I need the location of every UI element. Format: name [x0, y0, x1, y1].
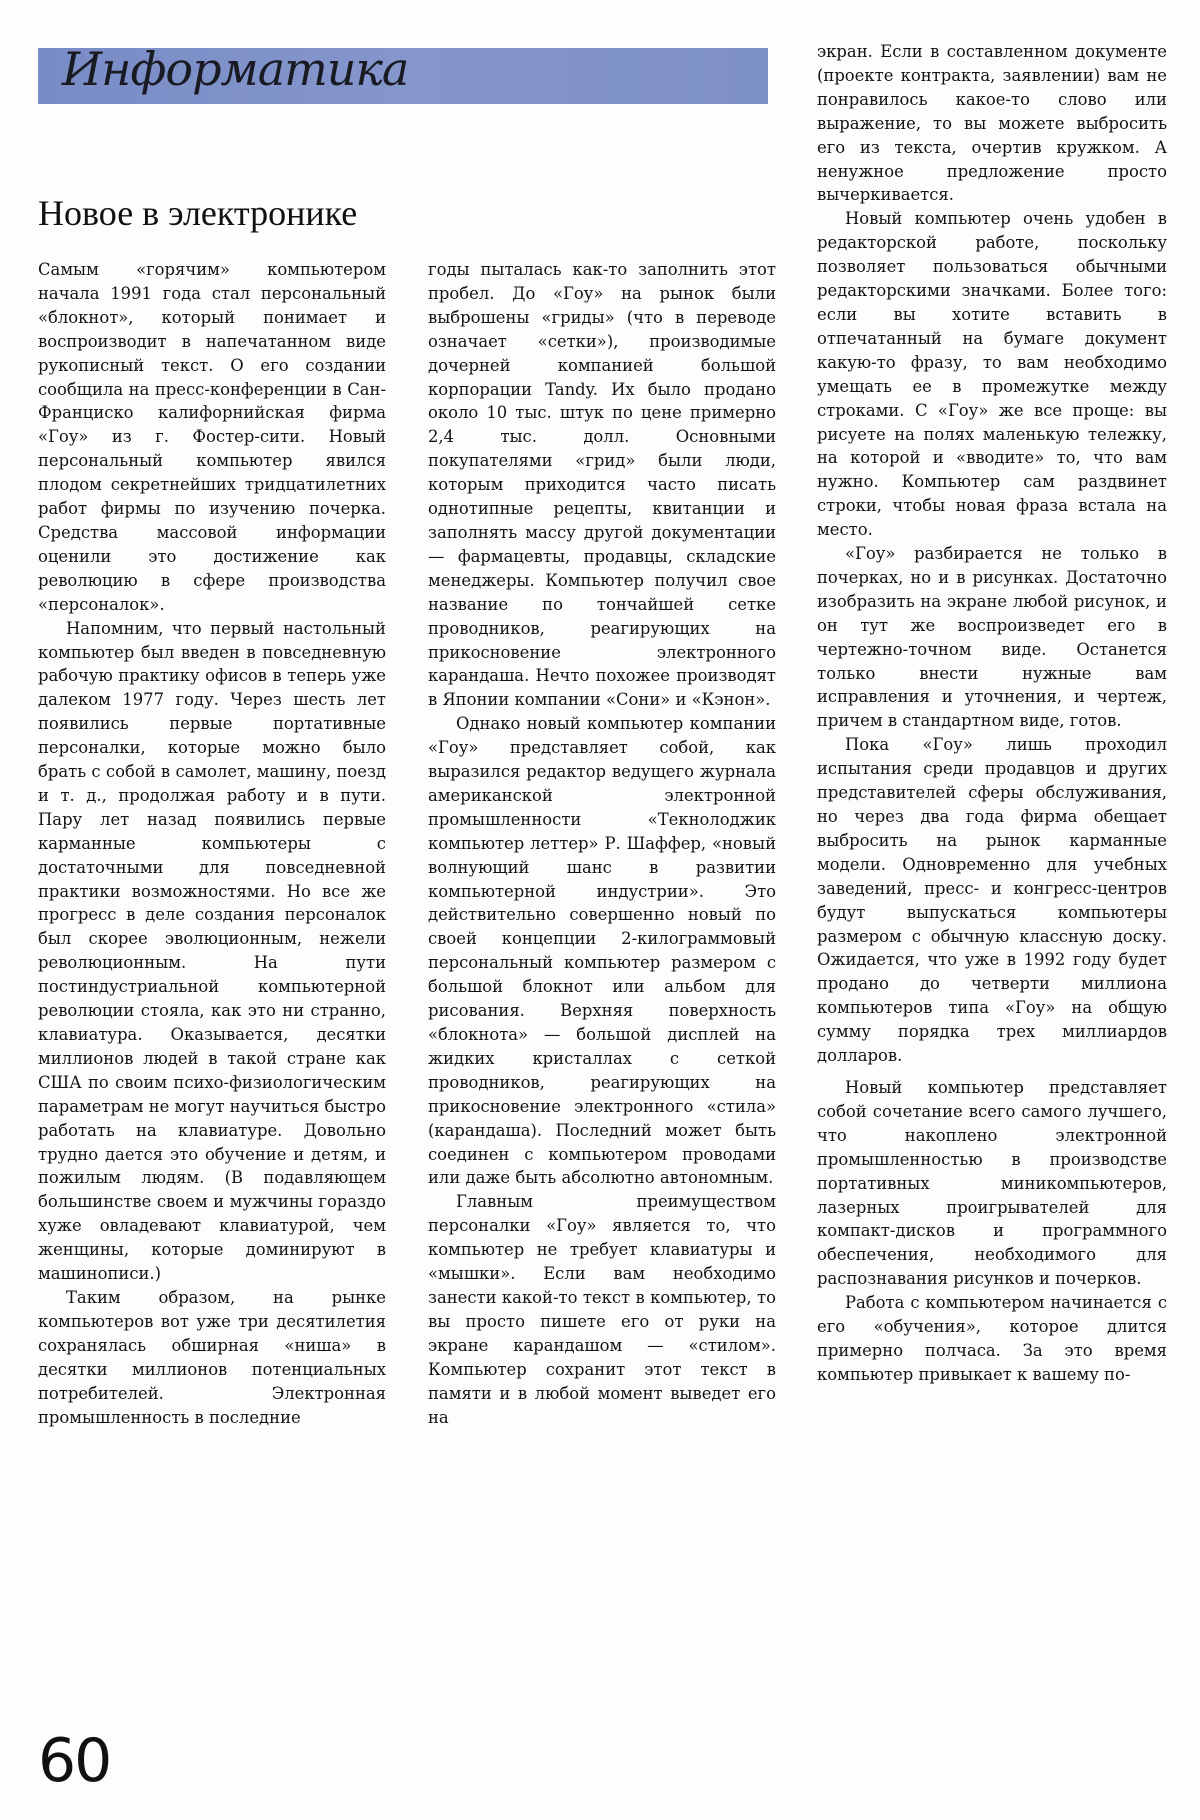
- paragraph: Напомним, что первый настольный компьюте…: [38, 617, 386, 1286]
- paragraph: годы пыталась как-то заполнить этот проб…: [428, 258, 776, 712]
- page-number: 60: [38, 1726, 110, 1796]
- paragraph: Работа с компьютером начинается с его «о…: [817, 1291, 1167, 1387]
- section-label: Информатика: [62, 42, 408, 96]
- article-title: Новое в электронике: [38, 192, 357, 234]
- article-column-3: экран. Если в составленном документе (пр…: [817, 40, 1167, 1387]
- paragraph: Новый компьютер очень удобен в редакторс…: [817, 207, 1167, 542]
- paragraph: Главным преимуществом персоналки «Гоу» я…: [428, 1190, 776, 1429]
- section-banner: Информатика: [38, 48, 768, 104]
- paragraph: Однако новый компьютер компании «Гоу» пр…: [428, 712, 776, 1190]
- article-column-1: Самым «горячим» компьютером начала 1991 …: [38, 258, 386, 1429]
- paragraph: Таким образом, на рынке компьютеров вот …: [38, 1286, 386, 1429]
- paragraph: экран. Если в составленном документе (пр…: [817, 40, 1167, 207]
- paragraph: Самым «горячим» компьютером начала 1991 …: [38, 258, 386, 617]
- paragraph: Новый компьютер представляет собой сочет…: [817, 1076, 1167, 1291]
- paragraph: «Гоу» разбирается не только в почерках, …: [817, 542, 1167, 733]
- paragraph: Пока «Гоу» лишь проходил испытания среди…: [817, 733, 1167, 1068]
- article-column-2: годы пыталась как-то заполнить этот проб…: [428, 258, 776, 1429]
